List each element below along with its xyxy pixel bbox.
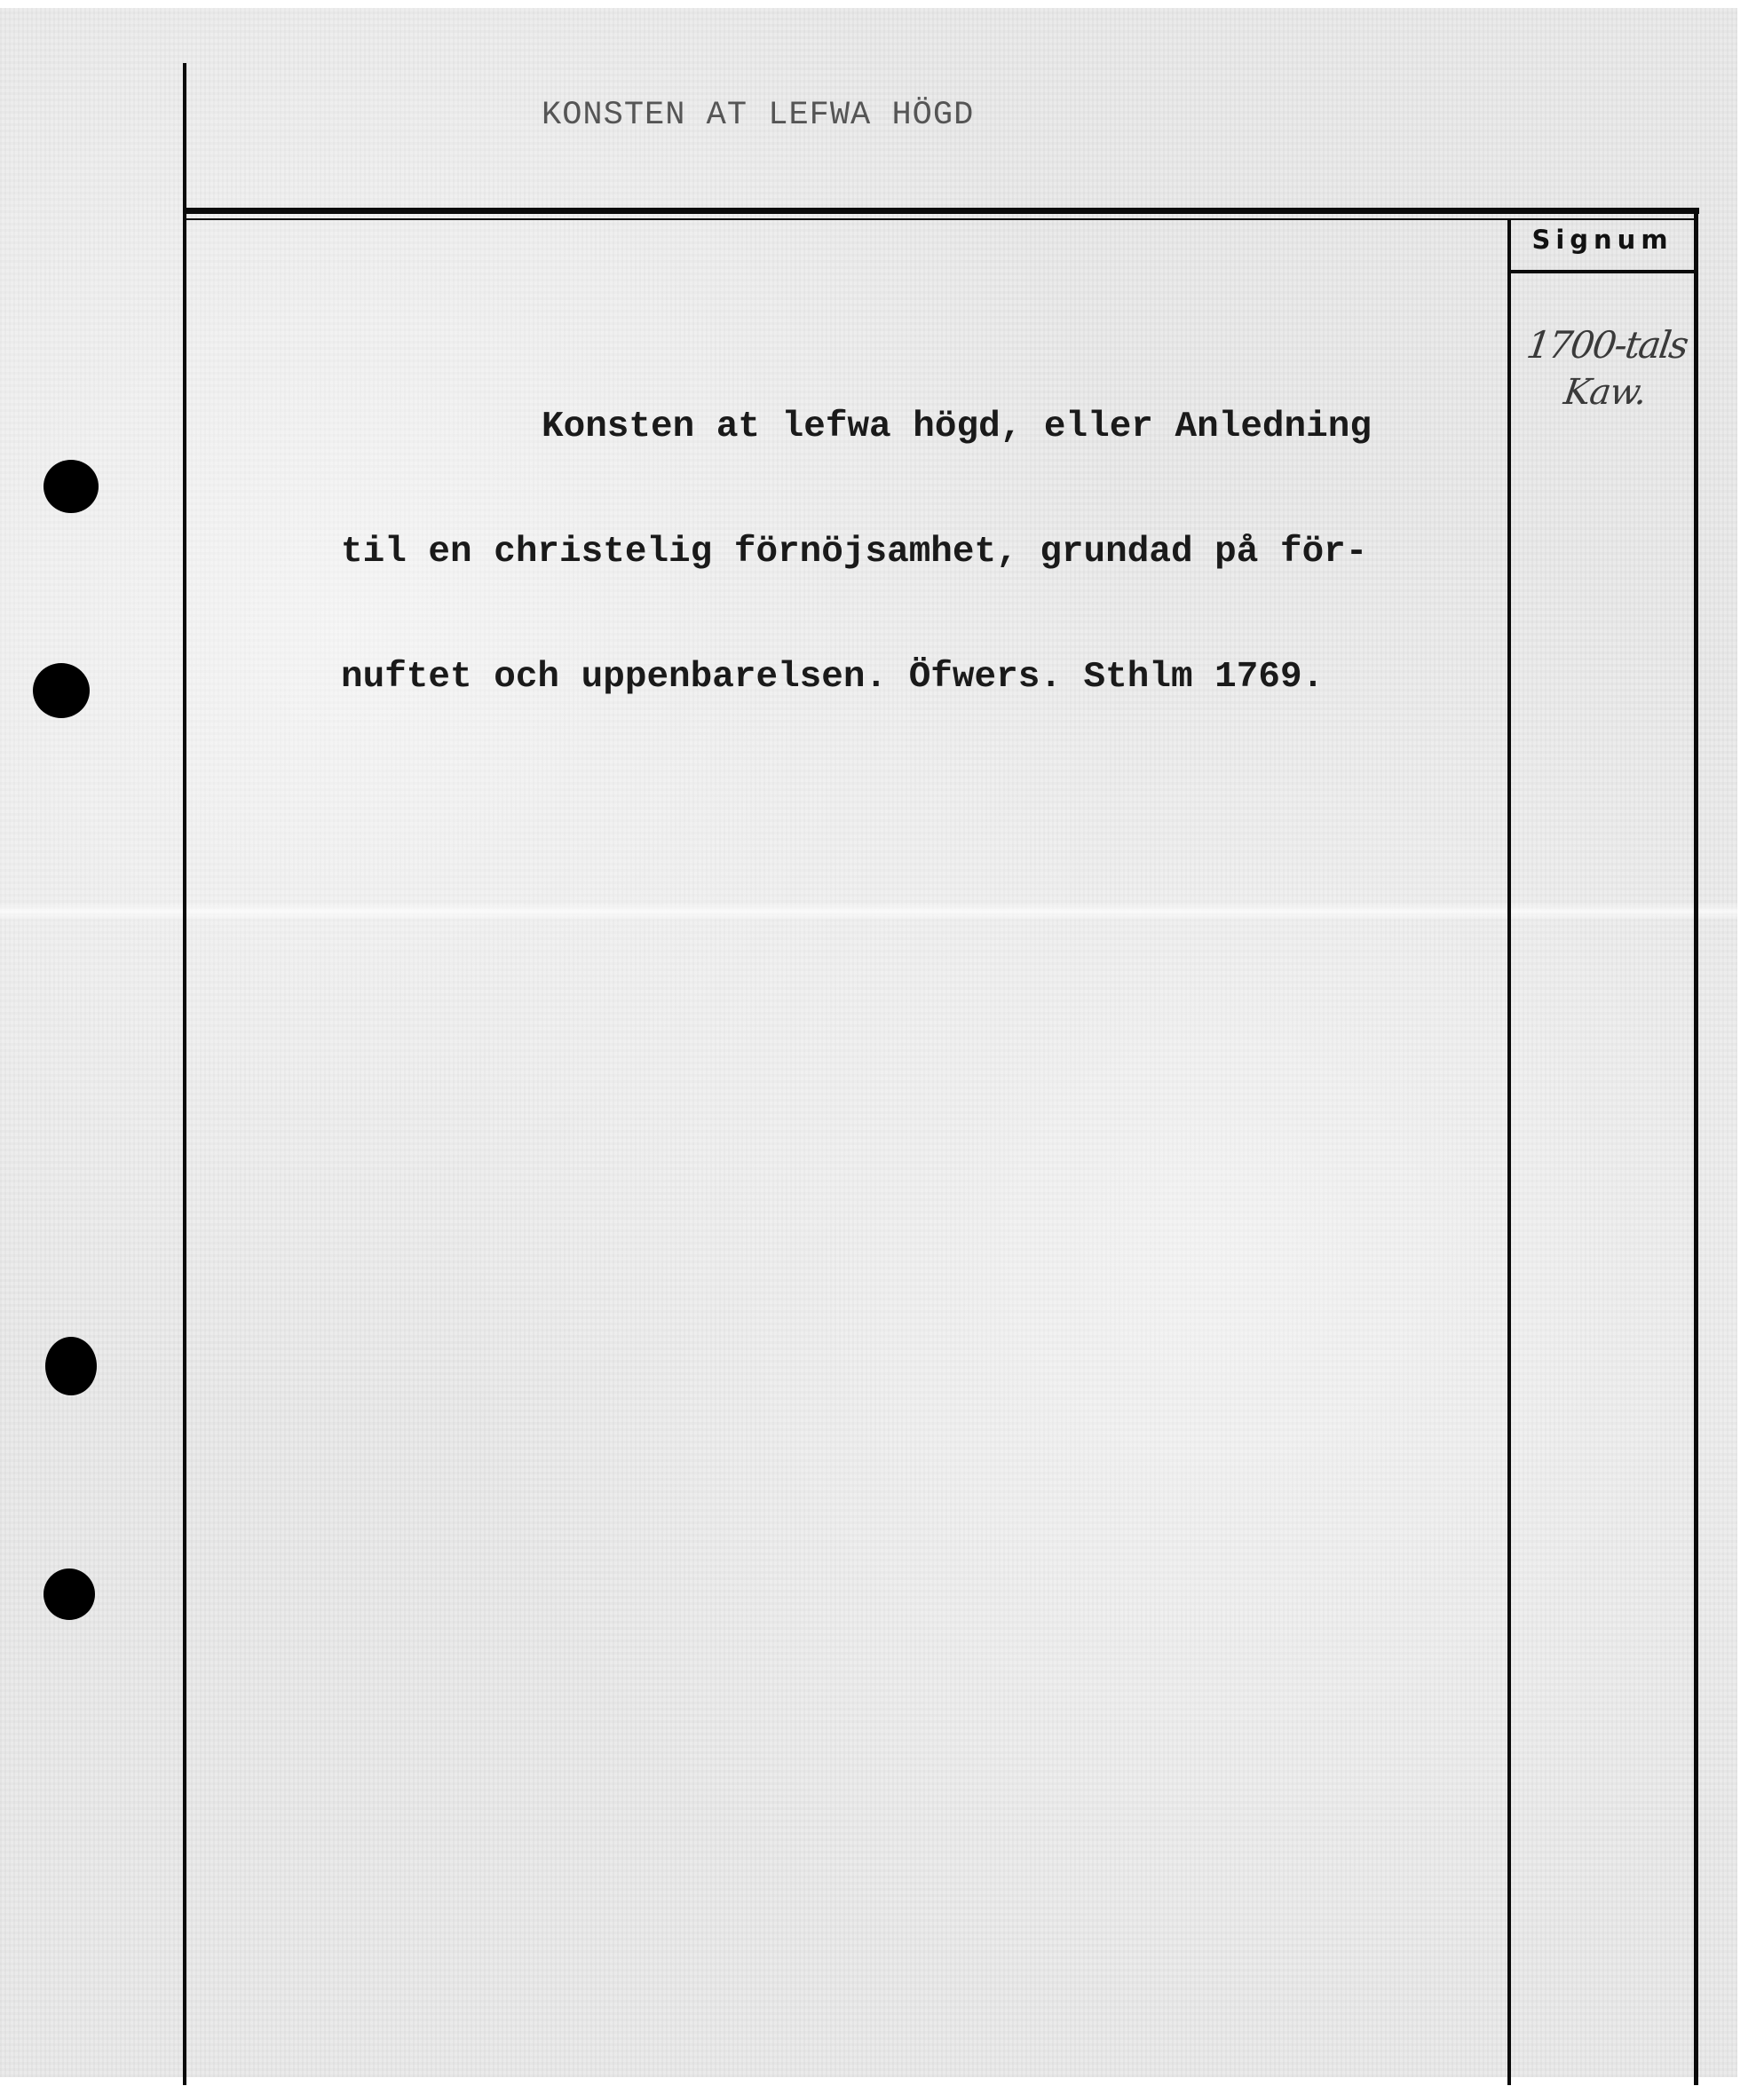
card-heading: KONSTEN AT LEFWA HÖGD: [542, 97, 974, 134]
entry-line-3: nuftet och uppenbarelsen. Öfwers. Sthlm …: [341, 657, 1372, 699]
signum-handwritten-line-1: 1700-tals: [1524, 323, 1690, 367]
punch-hole: [45, 1337, 97, 1395]
punch-hole: [33, 663, 90, 718]
punch-hole: [44, 1568, 95, 1620]
entry-line-2: til en christelig förnöjsamhet, grundad …: [341, 532, 1372, 573]
signum-label: Signum: [1511, 225, 1694, 255]
catalog-card: KONSTEN AT LEFWA HÖGD Signum Konsten at …: [0, 8, 1737, 2077]
signum-handwritten-line-2: Kaw.: [1562, 372, 1649, 413]
punch-hole: [44, 460, 99, 513]
header-rule-thick: [185, 208, 1699, 214]
bibliographic-entry: Konsten at lefwa högd, eller Anledning t…: [341, 323, 1372, 782]
signum-column-right-rule: [1694, 209, 1698, 2085]
header-rule-thin: [185, 218, 1696, 220]
scan-artifact-band: [0, 903, 1737, 921]
signum-column-left-rule: [1507, 218, 1511, 2085]
entry-line-1: Konsten at lefwa högd, eller Anledning: [341, 407, 1372, 448]
signum-label-underline: [1509, 270, 1696, 273]
left-margin-rule: [183, 63, 186, 2085]
